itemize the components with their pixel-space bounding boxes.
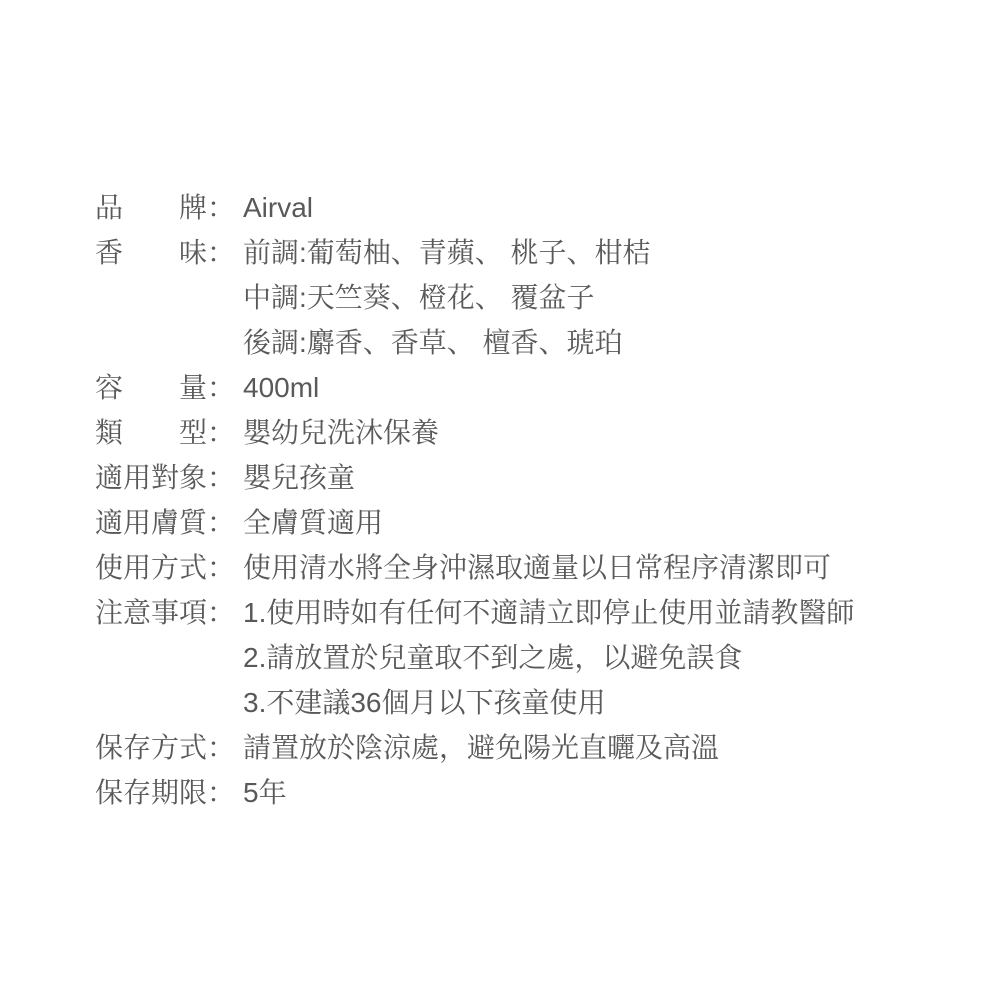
spec-label-cell: 適用膚質： <box>95 500 243 545</box>
spec-colon: ： <box>207 545 235 590</box>
spec-colon: ： <box>207 230 235 275</box>
spec-label: 注意事項 <box>95 590 207 635</box>
spec-label-cell: 品牌： <box>95 185 243 230</box>
spec-colon: ： <box>207 500 235 545</box>
spec-row: 品牌：Airval <box>95 185 955 230</box>
spec-label: 品牌 <box>95 185 207 230</box>
spec-label-cell: 類型： <box>95 410 243 455</box>
spec-value: 5年 <box>243 770 955 815</box>
spec-value: 前調:葡萄柚、青蘋、 桃子、柑桔中調:天竺葵、橙花、 覆盆子後調:麝香、香草、 … <box>243 230 955 365</box>
spec-value-line: 中調:天竺葵、橙花、 覆盆子 <box>243 275 955 320</box>
spec-value: 嬰幼兒洗沐保養 <box>243 410 955 455</box>
spec-value-line: 嬰幼兒洗沐保養 <box>243 410 955 455</box>
spec-label-cell: 適用對象： <box>95 455 243 500</box>
spec-row: 適用對象：嬰兒孩童 <box>95 455 955 500</box>
spec-value-line: 使用清水將全身沖濕取適量以日常程序清潔即可 <box>243 545 955 590</box>
spec-colon: ： <box>207 410 235 455</box>
spec-value: 1.使用時如有任何不適請立即停止使用並請教醫師2.請放置於兒童取不到之處，以避免… <box>243 590 955 725</box>
spec-row: 適用膚質：全膚質適用 <box>95 500 955 545</box>
spec-value-line: 3.不建議36個月以下孩童使用 <box>243 680 955 725</box>
spec-value-line: 1.使用時如有任何不適請立即停止使用並請教醫師 <box>243 590 955 635</box>
spec-label-cell: 保存方式： <box>95 725 243 770</box>
spec-value-line: 2.請放置於兒童取不到之處，以避免誤食 <box>243 635 955 680</box>
spec-label: 保存期限 <box>95 770 207 815</box>
spec-value-line: Airval <box>243 185 955 230</box>
spec-label: 保存方式 <box>95 725 207 770</box>
spec-label-cell: 注意事項： <box>95 590 243 635</box>
spec-value: 使用清水將全身沖濕取適量以日常程序清潔即可 <box>243 545 955 590</box>
spec-value: 400ml <box>243 365 955 410</box>
spec-colon: ： <box>207 185 235 230</box>
spec-value: Airval <box>243 185 955 230</box>
spec-label-cell: 容量： <box>95 365 243 410</box>
spec-label: 適用膚質 <box>95 500 207 545</box>
spec-label: 類型 <box>95 410 207 455</box>
spec-row: 注意事項：1.使用時如有任何不適請立即停止使用並請教醫師2.請放置於兒童取不到之… <box>95 590 955 725</box>
product-spec-list: 品牌：Airval香味：前調:葡萄柚、青蘋、 桃子、柑桔中調:天竺葵、橙花、 覆… <box>95 185 955 815</box>
spec-value-line: 嬰兒孩童 <box>243 455 955 500</box>
spec-value-line: 請置放於陰涼處，避免陽光直曬及高溫 <box>243 725 955 770</box>
spec-row: 保存期限：5年 <box>95 770 955 815</box>
spec-row: 保存方式：請置放於陰涼處，避免陽光直曬及高溫 <box>95 725 955 770</box>
spec-label-cell: 香味： <box>95 230 243 275</box>
spec-row: 容量：400ml <box>95 365 955 410</box>
spec-colon: ： <box>207 365 235 410</box>
spec-value-line: 全膚質適用 <box>243 500 955 545</box>
spec-colon: ： <box>207 770 235 815</box>
spec-value-line: 400ml <box>243 365 955 410</box>
spec-label-cell: 使用方式： <box>95 545 243 590</box>
spec-row: 類型：嬰幼兒洗沐保養 <box>95 410 955 455</box>
spec-label: 容量 <box>95 365 207 410</box>
spec-label-cell: 保存期限： <box>95 770 243 815</box>
spec-value-line: 後調:麝香、香草、 檀香、琥珀 <box>243 320 955 365</box>
spec-value: 嬰兒孩童 <box>243 455 955 500</box>
spec-value: 全膚質適用 <box>243 500 955 545</box>
spec-colon: ： <box>207 590 235 635</box>
spec-value-line: 5年 <box>243 770 955 815</box>
spec-label: 使用方式 <box>95 545 207 590</box>
spec-row: 香味：前調:葡萄柚、青蘋、 桃子、柑桔中調:天竺葵、橙花、 覆盆子後調:麝香、香… <box>95 230 955 365</box>
spec-colon: ： <box>207 725 235 770</box>
spec-value-line: 前調:葡萄柚、青蘋、 桃子、柑桔 <box>243 230 955 275</box>
spec-label: 香味 <box>95 230 207 275</box>
spec-value: 請置放於陰涼處，避免陽光直曬及高溫 <box>243 725 955 770</box>
spec-row: 使用方式：使用清水將全身沖濕取適量以日常程序清潔即可 <box>95 545 955 590</box>
spec-label: 適用對象 <box>95 455 207 500</box>
spec-colon: ： <box>207 455 235 500</box>
